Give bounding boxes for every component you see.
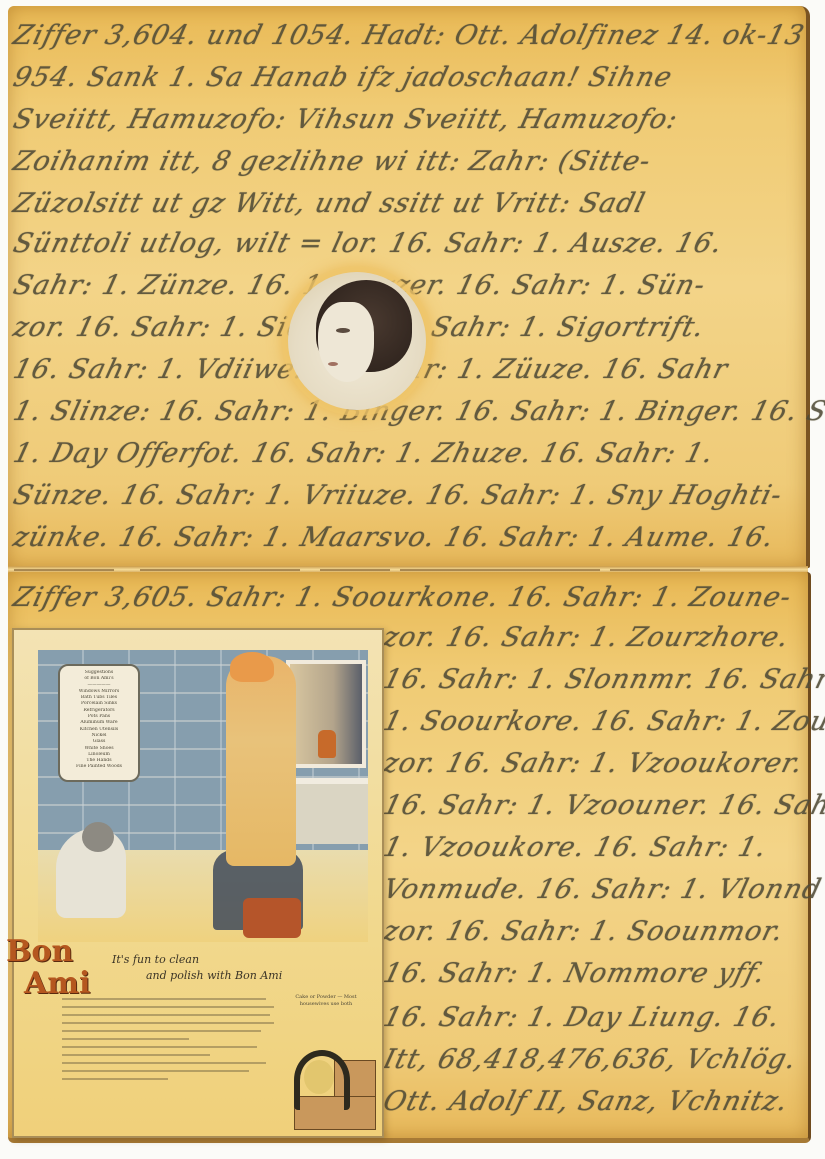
card-line: Fine Painted Woods — [63, 764, 135, 770]
bon-ami-advertisement: Suggestions of Bon Ami's ————— Windows M… — [12, 628, 384, 1138]
handwritten-line: Sünze. 16. Sahr: 1. Vriiuze. 16. Sahr: 1… — [10, 480, 785, 511]
standing-woman-figure — [226, 656, 296, 866]
chick-icon — [304, 1060, 334, 1094]
fold-line — [14, 569, 114, 571]
handwritten-line: 16. Sahr: 1. Slonnmr. 16. Sahr — [380, 664, 825, 695]
handwritten-line: Ziffer 3,605. Sahr: 1. Soourkone. 16. Sa… — [10, 582, 795, 613]
tagline-line: and polish with Bon Ami — [112, 968, 282, 984]
handwritten-line: 16. Sahr: 1. Vzoouner. 16. Sahr — [380, 790, 825, 821]
handwritten-line: 1. Vzooukore. 16. Sahr: 1. — [380, 832, 770, 863]
fold-line — [140, 569, 300, 571]
notebook-photo: Ziffer 3,604. und 1054. Hadt: Ott. Adolf… — [0, 0, 825, 1159]
bottle — [318, 730, 336, 758]
portrait-face — [318, 302, 374, 382]
handwritten-line: zünke. 16. Sahr: 1. Maarsvo. 16. Sahr: 1… — [10, 522, 777, 553]
handwritten-line: Ott. Adolf II, Sanz, Vchnitz. — [380, 1086, 792, 1117]
woman-cap — [230, 652, 274, 682]
portrait-eye — [336, 328, 350, 333]
handwritten-line: zor. 16. Sahr: 1. Soounmor. — [380, 916, 787, 947]
brand-word: Bon — [6, 936, 90, 968]
handwritten-line: Zoihanim itt, 8 gezlihne wi itt: Zahr: (… — [10, 146, 654, 177]
handwritten-line: Itt, 68,418,476,636, Vchlög. — [380, 1044, 800, 1075]
portrait-lips — [328, 362, 338, 366]
handwritten-line: Züzolsitt ut gz Witt, und ssitt ut Vritt… — [10, 188, 648, 219]
handwritten-line: Ziffer 3,604. und 1054. Hadt: Ott. Adolf… — [10, 20, 808, 51]
handwritten-line: Sveiitt, Hamuzofo: Vihsun Sveiitt, Hamuz… — [10, 104, 681, 135]
stool — [243, 898, 301, 938]
handwritten-line: 1. Slinze: 16. Sahr: 1. Binger. 16. Sahr… — [10, 396, 825, 427]
handwritten-line: 954. Sank 1. Sa Hanab ifz jadoschaan! Si… — [10, 62, 676, 93]
brand-logo: Bon Ami — [6, 936, 90, 1000]
uses-list-card: Suggestions of Bon Ami's ————— Windows M… — [58, 664, 140, 782]
ad-side-note: Cake or Powder — Most housewives use bot… — [286, 994, 366, 1008]
girl-head — [82, 822, 114, 852]
handwritten-line: 16. Sahr: 1. Day Liung. 16. — [380, 1002, 783, 1033]
handwritten-line: zor. 16. Sahr: 1. Zourzhore. — [380, 622, 792, 653]
fold-line — [400, 569, 600, 571]
handwritten-line: Vonmude. 16. Sahr: 1. Vlonnd — [380, 874, 825, 905]
fold-line — [320, 569, 390, 571]
ad-illustration: Suggestions of Bon Ami's ————— Windows M… — [38, 650, 368, 942]
handwritten-line: Sünttoli utlog, wilt = lor. 16. Sahr: 1.… — [10, 228, 726, 259]
ad-body-copy — [62, 992, 274, 1086]
portrait-medallion — [288, 272, 426, 410]
handwritten-line: 16. Sahr: 1. Nommore yff. — [380, 958, 769, 989]
handwritten-line: zor. 16. Sahr: 1. Vzooukorer. — [380, 748, 806, 779]
handwritten-line: 1. Day Offerfot. 16. Sahr: 1. Zhuze. 16.… — [10, 438, 717, 469]
product-package-icon — [294, 1050, 374, 1128]
ad-tagline: It's fun to clean and polish with Bon Am… — [112, 952, 282, 984]
fold-line — [610, 569, 700, 571]
tagline-line: It's fun to clean — [112, 952, 282, 968]
handwritten-line: 1. Soourkore. 16. Sahr: 1. Zoune — [380, 706, 825, 737]
